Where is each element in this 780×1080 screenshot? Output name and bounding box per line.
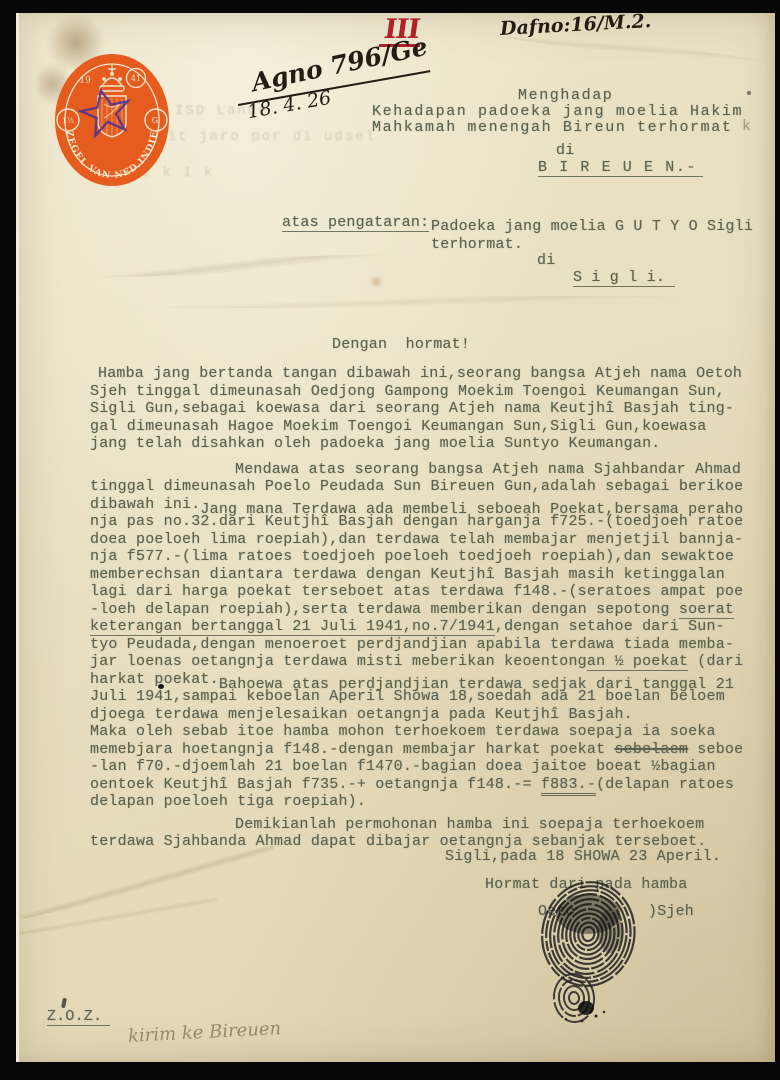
- revenue-stamp: 19 41 1½ G. ZEGEL VAN NED.INDIE: [52, 52, 172, 188]
- body-segment: memebjara hoetangnja f148.-dengan membaj…: [90, 741, 614, 758]
- body-segment: keterangan bertanggal 21 Juli 1941,no.7/…: [90, 618, 495, 636]
- body-segment: nja f577.-(lima ratoes toedjoeh poeloeh …: [90, 548, 734, 565]
- body-line: memberechsan diantara terdawa dengan Keu…: [90, 566, 750, 584]
- body-line: keterangan bertanggal 21 Juli 1941,no.7/…: [90, 618, 750, 636]
- stamp-currency: G.: [152, 116, 161, 125]
- body-segment: -loeh delapan roepiah),serta terdawa mem…: [90, 601, 679, 618]
- paper-stain: [371, 276, 382, 287]
- header-line3: Mahkamah menengah Bireun terhormat: [372, 120, 732, 136]
- body-segment: sebelaem: [614, 741, 688, 758]
- body-line: jang telah disahkan oleh padoeka jang mo…: [90, 435, 750, 453]
- fingerprint: [526, 876, 656, 1026]
- body-segment: Maka oleh sebab itoe hamba mohon terhoek…: [90, 723, 716, 740]
- body-line: memebjara hoetangnja f148.-dengan membaj…: [90, 741, 750, 759]
- body-line: jar loenas oetangnja terdawa misti meber…: [90, 653, 750, 671]
- body-segment: Sjeh tinggal dimeunasah Oedjong Gampong …: [90, 383, 725, 400]
- header-line2: Kehadapan padoeka jang moelia Hakim: [372, 104, 743, 120]
- addressee-label: atas pengataran:: [282, 214, 429, 232]
- body-line: Mendawa atas seorang bangsa Atjeh nama S…: [90, 461, 750, 479]
- body-segment: Demikianlah permohonan hamba ini soepaja…: [235, 816, 704, 833]
- body-line: Demikianlah permohonan hamba ini soepaja…: [90, 816, 750, 834]
- body-line: -loeh delapan roepiah),serta terdawa mem…: [90, 601, 750, 619]
- stamp-denomination: 1½: [62, 116, 74, 125]
- body-line: djoega terdawa menjelesaikan oetangnja p…: [90, 706, 750, 724]
- body-segment: (dari: [688, 653, 743, 670]
- body-segment: delapan poeloeh tiga roepiah).: [90, 793, 366, 810]
- body-segment: jang telah disahkan oleh padoeka jang mo…: [90, 435, 661, 452]
- body-segment: dibawah ini.: [90, 496, 200, 513]
- body-segment: (delapan ratoes: [596, 776, 734, 793]
- body-segment: oentoek Keutjhî Basjah f735.-+ oetangnja…: [90, 776, 541, 793]
- body-segment: Jang mana Terdawa ada membeli seboeah Po…: [200, 501, 743, 518]
- body-segment: lagi dari harga poekat terseboet atas te…: [90, 583, 743, 600]
- body-line: Maka oleh sebab itoe hamba mohon terhoek…: [90, 723, 750, 741]
- body-line: gal dimeunasah Hagoe Moekim Toengoi Keum…: [90, 418, 750, 436]
- body-segment: tyo Peudada,dengan menoeroet perdjandjia…: [90, 636, 734, 653]
- ink-blot: [158, 684, 164, 689]
- body-line: doea poeloeh lima roepiah),dan terdawa t…: [90, 531, 750, 549]
- header-menghadap: Menghadap: [518, 88, 613, 104]
- ink-speck: [747, 91, 751, 95]
- addressee-di: di: [537, 252, 555, 269]
- body-text: Hamba jang bertanda tangan dibawah ini,s…: [90, 365, 750, 851]
- body-line: -lan f70.-djoemlah 21 boelan f1470.-bagi…: [90, 758, 750, 776]
- body-line: nja f577.-(lima ratoes toedjoeh poeloeh …: [90, 548, 750, 566]
- body-line: dibawah ini.Jang mana Terdawa ada membel…: [90, 496, 750, 514]
- body-segment: Sigli Gun,sebagai koewasa dari seorang A…: [90, 400, 734, 417]
- body-segment: jar loenas oetangnja terdawa misti meber…: [90, 653, 587, 670]
- body-line: Hamba jang bertanda tangan dibawah ini,s…: [90, 365, 750, 383]
- body-segment: an ½ poekat: [587, 653, 688, 671]
- body-segment: ,dengan setahoe dari Sun-: [495, 618, 725, 635]
- body-segment: tinggal dimeunasah Poelo Peudada Sun Bir…: [90, 478, 743, 495]
- zoz-note: Z.O.Z.: [47, 1008, 110, 1026]
- header-place: B I R E U E N.-: [538, 160, 703, 177]
- body-line: lagi dari harga poekat terseboet atas te…: [90, 583, 750, 601]
- body-line: tyo Peudada,dengan menoeroet perdjandjia…: [90, 636, 750, 654]
- stray-mark: k: [742, 118, 751, 135]
- body-segment: soerat: [679, 601, 734, 619]
- body-segment: seboe: [688, 741, 743, 758]
- body-segment: Bahoewa atas perdjandjian terdawa sedjak…: [219, 676, 734, 693]
- body-line: harkat poekat.Bahoewa atas perdjandjian …: [90, 671, 750, 689]
- stamp-year-right: 41: [131, 74, 141, 83]
- body-segment: Hamba jang bertanda tangan dibawah ini,s…: [98, 365, 742, 382]
- body-line: oentoek Keutjhî Basjah f735.-+ oetangnja…: [90, 776, 750, 794]
- body-segment: doea poeloeh lima roepiah),dan terdawa t…: [90, 531, 743, 548]
- stamp-year-left: 19: [79, 76, 91, 86]
- body-segment: gal dimeunasah Hagoe Moekim Toengoi Keum…: [90, 418, 707, 435]
- body-segment: memberechsan diantara terdawa dengan Keu…: [90, 566, 725, 583]
- header-di: di: [556, 142, 574, 159]
- closing-date: Sigli,pada 18 SHOWA 23 Aperil.: [445, 848, 721, 865]
- addressee-line1: Padoeka jang moelia G U T Y O Sigli: [431, 218, 753, 235]
- body-line: Sigli Gun,sebagai koewasa dari seorang A…: [90, 400, 750, 418]
- body-line: delapan poeloeh tiga roepiah).: [90, 793, 750, 811]
- addressee-place: S i g l i.: [573, 269, 675, 287]
- salutation: Dengan hormat!: [332, 336, 470, 353]
- addressee-line2: terhormat.: [431, 236, 523, 253]
- scanned-document: ISD Lande it jaro por di udsel W a I k I…: [0, 0, 780, 1080]
- body-segment: djoega terdawa menjelesaikan oetangnja p…: [90, 706, 633, 723]
- body-segment: -lan f70.-djoemlah 21 boelan f1470.-bagi…: [90, 758, 716, 775]
- body-segment: harkat poekat.: [90, 671, 219, 688]
- body-segment: f883.-: [541, 776, 596, 796]
- body-line: Sjeh tinggal dimeunasah Oedjong Gampong …: [90, 383, 750, 401]
- ghost-text: it jaro por di udsel: [168, 129, 376, 145]
- body-line: tinggal dimeunasah Poelo Peudada Sun Bir…: [90, 478, 750, 496]
- body-segment: Mendawa atas seorang bangsa Atjeh nama S…: [235, 461, 741, 478]
